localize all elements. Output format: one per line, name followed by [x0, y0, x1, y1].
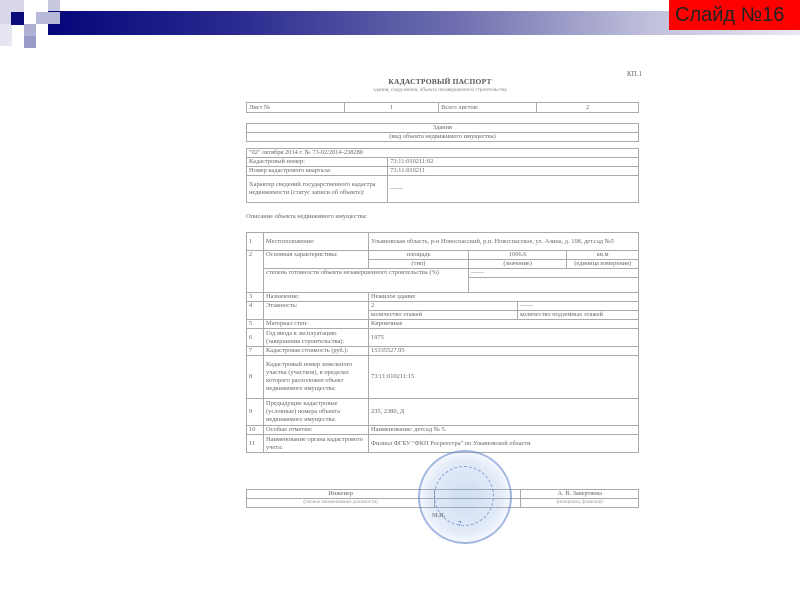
type-caption: (тип) [369, 260, 469, 269]
document-title: КАДАСТРОВЫЙ ПАСПОРТ [230, 77, 650, 86]
purpose-label: Назначение: [264, 293, 369, 302]
cadastral-passport: КП.1 КАДАСТРОВЫЙ ПАСПОРТ здания, сооруже… [230, 60, 650, 580]
cadastral-number-label: Кадастровый номер: [247, 158, 388, 167]
row-number: 9 [247, 399, 264, 426]
record-status-value: —— [388, 176, 639, 203]
value-caption: (значение) [469, 260, 567, 269]
registration-body-label: Наименование органа кадастрового учета: [264, 435, 369, 453]
object-kind: Здания [247, 124, 639, 133]
description-label: Описание объекта недвижимого имущества: [246, 213, 367, 220]
underground-floors-caption: количество подземных этажей [518, 311, 639, 320]
seal-place-label: М.П. [432, 513, 445, 519]
readiness-value: —— [469, 269, 639, 278]
unit-caption: (единица измерения) [567, 260, 639, 269]
sheet-table: Лист № 1 Всего листов: 2 [246, 102, 639, 113]
decor-square [11, 12, 24, 25]
location-label: Местоположение: [264, 233, 369, 251]
seal-number: 7 [458, 520, 462, 528]
readiness-empty [469, 278, 639, 293]
row-number: 3 [247, 293, 264, 302]
registration-body-value: Филиал ФГБУ "ФКП Росреестра" по Ульяновс… [369, 435, 639, 453]
special-notes-value: Наименование: детсад № 5. [369, 426, 639, 435]
cadastral-number-value: 73:11:010211:92 [388, 158, 639, 167]
row-number: 6 [247, 329, 264, 347]
quarter-number-value: 73:11:010211 [388, 167, 639, 176]
quarter-number-label: Номер кадастрового квартала: [247, 167, 388, 176]
record-status-label: Характер сведений государственного кадас… [247, 176, 388, 203]
land-plot-label: Кадастровый номер земельного участка (уч… [264, 356, 369, 399]
registration-header: "02" октября 2014 г. № 73-02/2014-238280 [247, 149, 639, 158]
purpose-value: Нежилое здание [369, 293, 639, 302]
row-number: 11 [247, 435, 264, 453]
special-notes-label: Особые отметки: [264, 426, 369, 435]
slide-number-badge: Слайд №16 [669, 0, 800, 30]
row-number: 7 [247, 347, 264, 356]
floors-value: 2 [369, 302, 518, 311]
description-table: 1 Местоположение: Ульяновская область, р… [246, 232, 639, 453]
land-plot-value: 73:11:010211:15 [369, 356, 639, 399]
row-number: 2 [247, 251, 264, 293]
total-sheets-label: Всего листов: [439, 103, 537, 113]
row-number: 5 [247, 320, 264, 329]
floors-label: Этажность: [264, 302, 369, 320]
total-sheets-value: 2 [537, 103, 639, 113]
sheet-label: Лист № [247, 103, 345, 113]
registration-table: "02" октября 2014 г. № 73-02/2014-238280… [246, 148, 639, 203]
sheet-value: 1 [345, 103, 439, 113]
decor-square [24, 24, 36, 36]
characteristic-type: площадь [369, 251, 469, 260]
wall-material-label: Материал стен: [264, 320, 369, 329]
name-caption: (инициалы, фамилия) [521, 499, 639, 508]
object-kind-caption: (вид объекта недвижимого имущества) [247, 133, 639, 142]
wall-material-value: Кирпичные [369, 320, 639, 329]
document-subtitle: здания, сооружения, объекта незавершенно… [230, 87, 650, 93]
readiness-label: степень готовности объекта незавершенног… [264, 269, 469, 293]
object-kind-table: Здания (вид объекта недвижимого имуществ… [246, 123, 639, 142]
characteristic-unit: кв.м [567, 251, 639, 260]
decor-square [24, 36, 36, 48]
cadastral-value-value: 15335527.95 [369, 347, 639, 356]
signer-name: А. В. Завертяева [521, 490, 639, 499]
commissioning-year-value: 1975 [369, 329, 639, 347]
commissioning-year-label: Год ввода в эксплуатацию (завершения стр… [264, 329, 369, 347]
characteristic-value: 1006.6 [469, 251, 567, 260]
previous-numbers-value: 235, 2380, Д [369, 399, 639, 426]
cadastral-value-label: Кадастровая стоимость (руб.): [264, 347, 369, 356]
position-caption: (полное наименование должности) [247, 499, 435, 508]
official-seal: 7 [418, 450, 512, 544]
underground-floors-value: —— [518, 302, 639, 311]
row-number: 8 [247, 356, 264, 399]
main-characteristic-label: Основная характеристика: [264, 251, 369, 269]
signer-position: Инженер [247, 490, 435, 499]
decor-square [36, 12, 60, 24]
row-number: 1 [247, 233, 264, 251]
previous-numbers-label: Предыдущие кадастровые (условные) номера… [264, 399, 369, 426]
location-value: Ульяновская область, р-н Новоспасский, р… [369, 233, 639, 251]
row-number: 4 [247, 302, 264, 320]
floors-caption: количество этажей [369, 311, 518, 320]
row-number: 10 [247, 426, 264, 435]
decor-square [0, 24, 12, 46]
